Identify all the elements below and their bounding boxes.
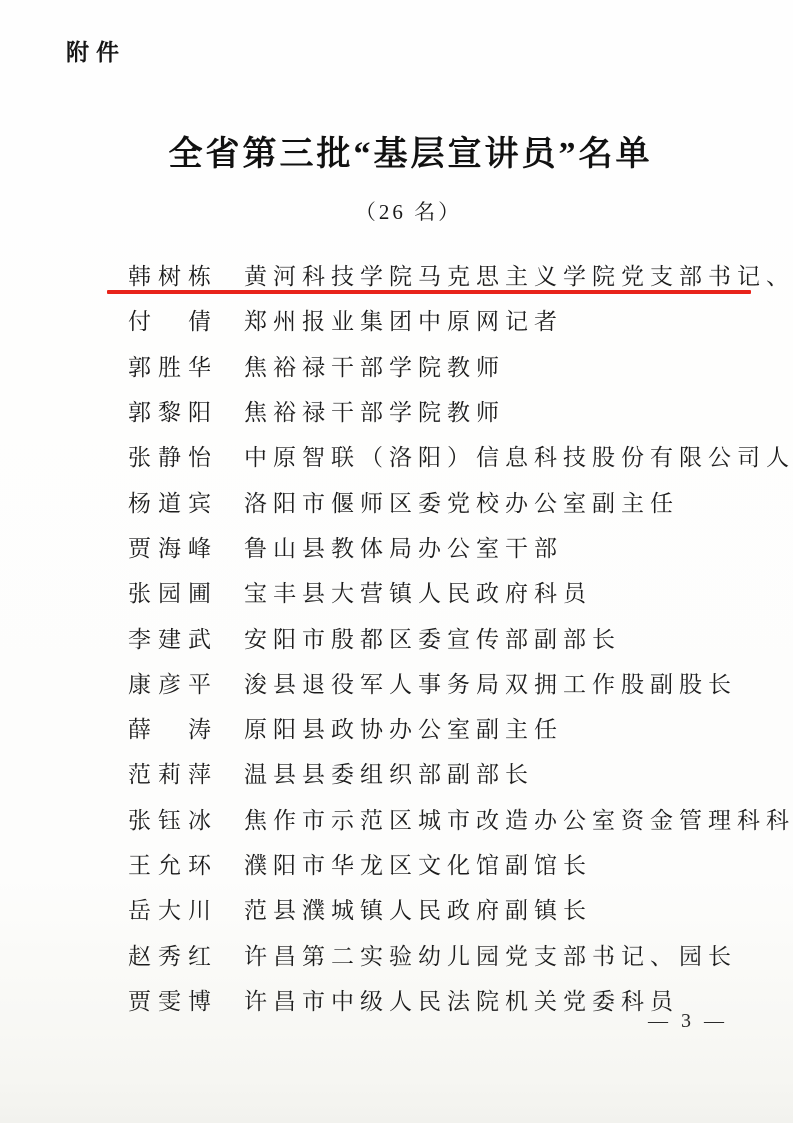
person-position: 洛阳市偃师区委党校办公室副主任 (244, 485, 679, 518)
person-position: 郑州报业集团中原网记者 (244, 303, 563, 336)
person-name: 贾雯博 (128, 983, 222, 1016)
person-name: 范莉萍 (128, 756, 222, 789)
roster-row: 赵秀红 许昌第二实验幼儿园党支部书记、园长 (128, 931, 777, 976)
person-position: 温县县委组织部副部长 (244, 756, 534, 789)
person-name: 杨道宾 (128, 485, 222, 518)
document-title: 全省第三批“基层宣讲员”名单 (0, 126, 793, 175)
roster-row: 贾海峰 鲁山县教体局办公室干部 (128, 524, 777, 569)
roster-row: 范莉萍 温县县委组织部副部长 (128, 750, 777, 795)
roster-row: 郭黎阳 焦裕禄干部学院教师 (128, 388, 777, 433)
person-position: 焦裕禄干部学院教师 (244, 394, 505, 427)
person-position: 黄河科技学院马克思主义学院党支部书记、副教授 (244, 258, 793, 291)
roster-row: 王允环 濮阳市华龙区文化馆副馆长 (128, 841, 777, 886)
person-position: 原阳县政协办公室副主任 (244, 711, 563, 744)
person-position: 浚县退役军人事务局双拥工作股副股长 (244, 666, 737, 699)
person-name: 李建武 (128, 621, 222, 654)
person-position: 许昌市中级人民法院机关党委科员 (244, 983, 679, 1016)
attachment-label: 附件 (66, 34, 126, 67)
person-name: 张园圃 (128, 575, 222, 608)
person-name: 郭胜华 (128, 349, 222, 382)
roster-row: 薛 涛 原阳县政协办公室副主任 (128, 705, 777, 750)
person-name: 郭黎阳 (128, 394, 222, 427)
person-name: 岳大川 (128, 892, 222, 925)
person-position: 中原智联（洛阳）信息科技股份有限公司人事专员 (244, 439, 793, 472)
document-subtitle: （26 名） (0, 196, 793, 226)
person-name: 张钰冰 (128, 802, 222, 835)
person-name: 张静怡 (128, 439, 222, 472)
roster-row: 付 倩 郑州报业集团中原网记者 (128, 297, 777, 342)
page-number: — 3 — (648, 1010, 728, 1033)
person-position: 濮阳市华龙区文化馆副馆长 (244, 847, 592, 880)
roster-row: 韩树栋 黄河科技学院马克思主义学院党支部书记、副教授 (128, 252, 777, 297)
person-name: 贾海峰 (128, 530, 222, 563)
person-position: 焦裕禄干部学院教师 (244, 349, 505, 382)
person-position: 焦作市示范区城市改造办公室资金管理科科员 (244, 802, 793, 835)
person-position: 安阳市殷都区委宣传部副部长 (244, 621, 621, 654)
roster-row: 杨道宾 洛阳市偃师区委党校办公室副主任 (128, 478, 777, 523)
person-name: 康彦平 (128, 666, 222, 699)
person-name: 韩树栋 (128, 258, 222, 291)
person-name: 赵秀红 (128, 938, 222, 971)
person-position: 范县濮城镇人民政府副镇长 (244, 892, 592, 925)
red-underline-annotation (107, 290, 751, 294)
scanned-document-page: 附件 全省第三批“基层宣讲员”名单 （26 名） 韩树栋 黄河科技学院马克思主义… (0, 0, 793, 1123)
person-position: 宝丰县大营镇人民政府科员 (244, 575, 592, 608)
roster-row: 张静怡 中原智联（洛阳）信息科技股份有限公司人事专员 (128, 433, 777, 478)
roster-row: 康彦平 浚县退役军人事务局双拥工作股副股长 (128, 660, 777, 705)
person-name: 薛 涛 (128, 711, 222, 744)
person-name: 付 倩 (128, 303, 222, 336)
person-position: 许昌第二实验幼儿园党支部书记、园长 (244, 938, 737, 971)
person-name: 王允环 (128, 847, 222, 880)
roster-row: 岳大川 范县濮城镇人民政府副镇长 (128, 886, 777, 931)
person-position: 鲁山县教体局办公室干部 (244, 530, 563, 563)
roster-row: 张钰冰 焦作市示范区城市改造办公室资金管理科科员 (128, 796, 777, 841)
roster-row: 李建武 安阳市殷都区委宣传部副部长 (128, 614, 777, 659)
roster-row: 张园圃 宝丰县大营镇人民政府科员 (128, 569, 777, 614)
roster-list: 韩树栋 黄河科技学院马克思主义学院党支部书记、副教授 付 倩 郑州报业集团中原网… (128, 252, 777, 1022)
roster-row: 郭胜华 焦裕禄干部学院教师 (128, 343, 777, 388)
